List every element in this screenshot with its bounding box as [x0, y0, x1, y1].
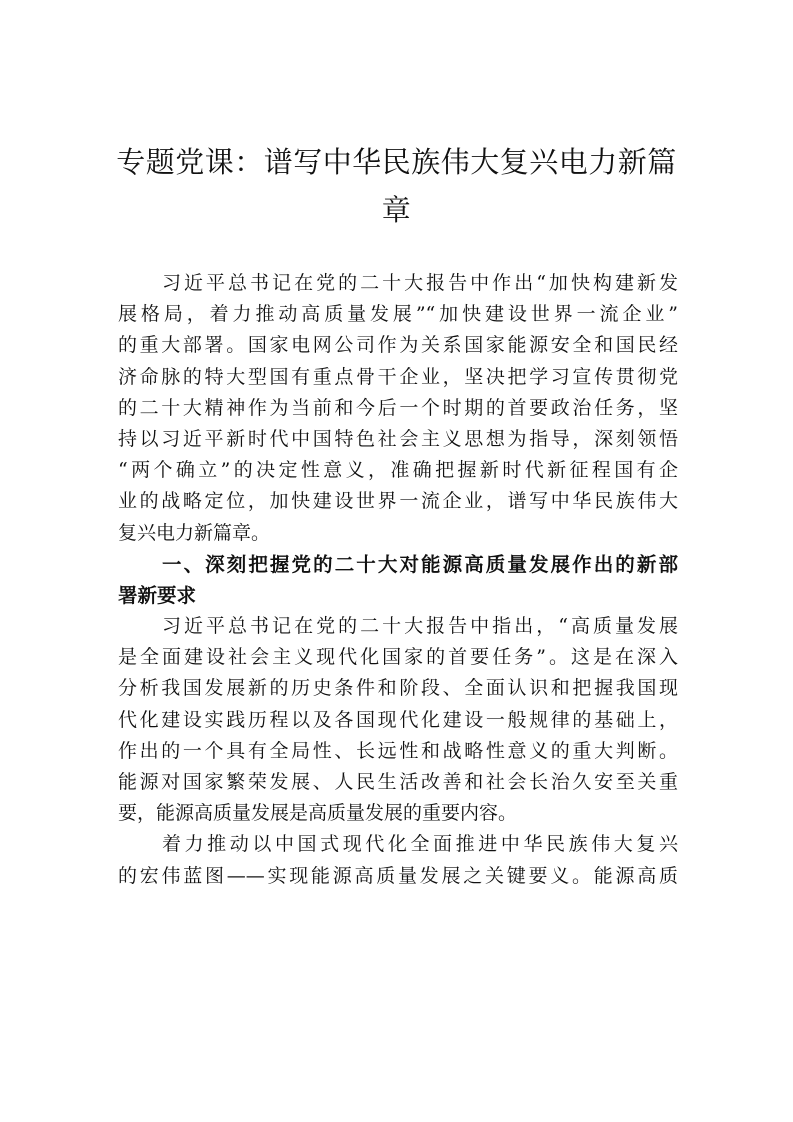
text-line: 业的战略定位，加快建设世界一流企业，谱写中华民族伟大: [118, 486, 678, 517]
text-line: 展格局，着力推动高质量发展”“加快建设世界一流企业”: [118, 299, 678, 330]
text-line: 分析我国发展新的历史条件和阶段、全面认识和把握我国现: [118, 673, 678, 704]
paragraph-high-quality-development: 习近平总书记在党的二十大报告中指出，“高质量发展 是全面建设社会主义现代化国家的…: [118, 611, 678, 829]
title-line: 章: [100, 186, 693, 234]
text-line: 能源对国家繁荣发展、人民生活改善和社会长治久安至关重: [118, 767, 678, 798]
text-line: 的重大部署。国家电网公司作为关系国家能源安全和国民经: [118, 330, 678, 361]
text-line: 复兴电力新篇章。: [118, 518, 678, 549]
heading-line: 署新要求: [118, 580, 678, 611]
text-line: 习近平总书记在党的二十大报告中指出，“高质量发展: [118, 611, 678, 642]
text-line: 的二十大精神作为当前和今后一个时期的首要政治任务，坚: [118, 393, 678, 424]
text-line: 代化建设实践历程以及各国现代化建设一般规律的基础上，: [118, 705, 678, 736]
text-line: 是全面建设社会主义现代化国家的首要任务”。这是在深入: [118, 642, 678, 673]
text-line: “两个确立”的决定性意义，准确把握新时代新征程国有企: [118, 455, 678, 486]
document-body: 习近平总书记在党的二十大报告中作出“加快构建新发 展格局，着力推动高质量发展”“…: [118, 268, 678, 892]
paragraph-modernization: 着力推动以中国式现代化全面推进中华民族伟大复兴 的宏伟蓝图——实现能源高质量发展…: [118, 829, 678, 891]
text-line: 着力推动以中国式现代化全面推进中华民族伟大复兴: [118, 829, 678, 860]
text-line: 持以习近平新时代中国特色社会主义思想为指导，深刻领悟: [118, 424, 678, 455]
text-line: 要，能源高质量发展是高质量发展的重要内容。: [118, 798, 678, 829]
document-title: 专题党课：谱写中华民族伟大复兴电力新篇 章: [100, 138, 693, 234]
text-line: 的宏伟蓝图——实现能源高质量发展之关键要义。能源高质: [118, 861, 678, 892]
text-line: 作出的一个具有全局性、长远性和战略性意义的重大判断。: [118, 736, 678, 767]
text-line: 济命脉的特大型国有重点骨干企业，坚决把学习宣传贯彻党: [118, 362, 678, 393]
title-line: 专题党课：谱写中华民族伟大复兴电力新篇: [100, 138, 693, 186]
document-page: 专题党课：谱写中华民族伟大复兴电力新篇 章 习近平总书记在党的二十大报告中作出“…: [0, 0, 793, 1122]
text-line: 习近平总书记在党的二十大报告中作出“加快构建新发: [118, 268, 678, 299]
section-heading-1: 一、深刻把握党的二十大对能源高质量发展作出的新部 署新要求: [118, 549, 678, 611]
paragraph-intro: 习近平总书记在党的二十大报告中作出“加快构建新发 展格局，着力推动高质量发展”“…: [118, 268, 678, 549]
heading-line: 一、深刻把握党的二十大对能源高质量发展作出的新部: [118, 549, 678, 580]
